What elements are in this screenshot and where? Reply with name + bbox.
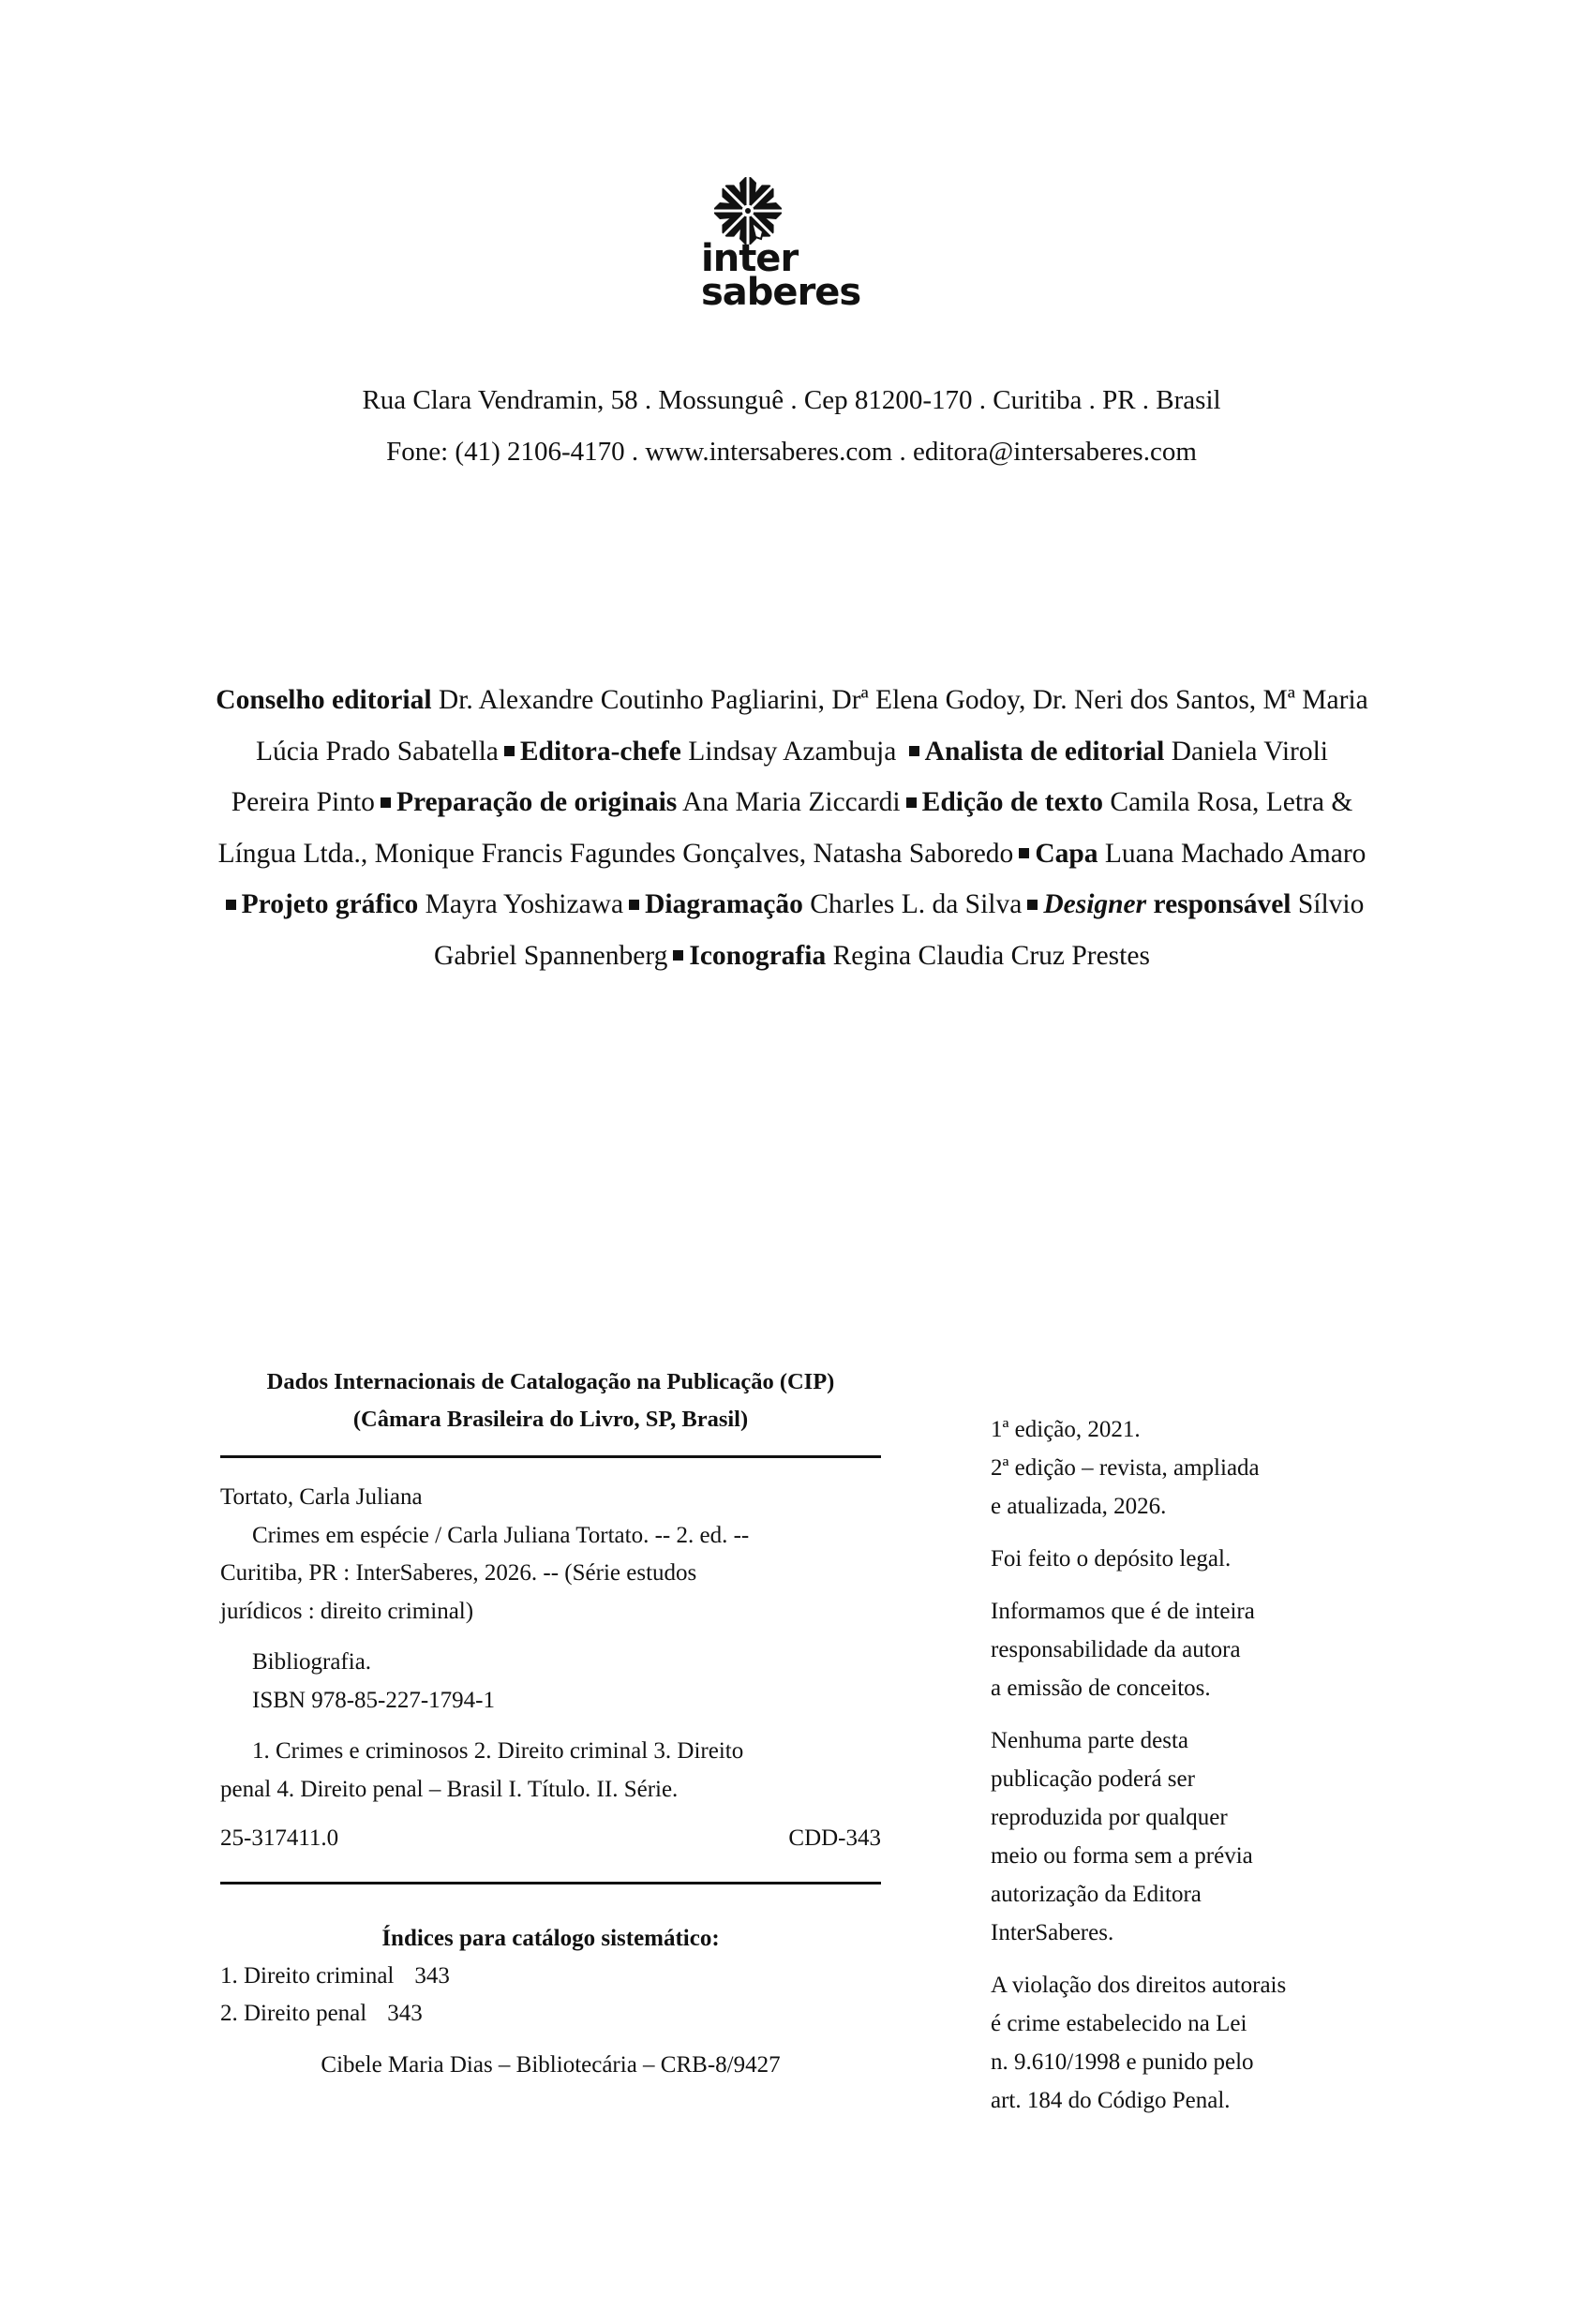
index-title: Índices para catálogo sistemático: — [220, 1920, 881, 1958]
bullet-square-icon — [673, 950, 683, 961]
note-line: meio ou forma sem a prévia — [991, 1843, 1253, 1869]
index-code: 343 — [414, 1963, 450, 1989]
cip-title: Dados Internacionais de Catalogação na P… — [220, 1363, 881, 1438]
credit-names: Lindsay Azambuja — [688, 737, 896, 767]
cip-subjects: 1. Crimes e criminosos 2. Direito crimin… — [220, 1733, 881, 1771]
index-item: 2. Direito penal343 — [220, 1995, 881, 2033]
note-line: A violação dos direitos autorais — [991, 1973, 1286, 1998]
note-line: é crime estabelecido na Lei — [991, 2011, 1247, 2036]
cip-isbn: ISBN 978-85-227-1794-1 — [220, 1682, 881, 1721]
edition-2: 2ª edição – revista, ampliada — [991, 1455, 1260, 1481]
credit-role: Capa — [1035, 839, 1098, 869]
note-line: autorização da Editora — [991, 1882, 1202, 1907]
editorial-credits: Conselho editorial Dr. Alexandre Coutinh… — [216, 675, 1368, 981]
cip-author: Tortato, Carla Juliana — [220, 1479, 881, 1517]
publisher-contact: Fone: (41) 2106-4170 . www.intersaberes.… — [0, 426, 1583, 478]
cip-title-entry: jurídicos : direito criminal) — [220, 1593, 881, 1631]
librarian-credit: Cibele Maria Dias – Bibliotecária – CRB-… — [220, 2047, 881, 2084]
publisher-address: Rua Clara Vendramin, 58 . Mossunguê . Ce… — [0, 375, 1583, 426]
legal-deposit: Foi feito o depósito legal. — [991, 1540, 1347, 1578]
rights-note: Nenhuma parte desta publicação poderá se… — [991, 1721, 1347, 1952]
edition-1: 1ª edição, 2021. — [991, 1417, 1141, 1442]
note-line: Nenhuma parte desta — [991, 1728, 1188, 1753]
index-code: 343 — [387, 2001, 423, 2026]
cip-cdd: CDD-343 — [788, 1820, 881, 1858]
note-line: InterSaberes. — [991, 1920, 1113, 1945]
credit-role: Editora-chefe — [520, 737, 681, 767]
copyright-law-note: A violação dos direitos autorais é crime… — [991, 1966, 1347, 2120]
bullet-square-icon — [1027, 900, 1038, 910]
bullet-square-icon — [504, 746, 515, 756]
edition-info: 1ª edição, 2021. 2ª edição – revista, am… — [991, 1410, 1347, 1526]
cip-bibliography: Bibliografia. — [220, 1644, 881, 1682]
credit-role: responsável — [1154, 889, 1292, 919]
publisher-address-block: Rua Clara Vendramin, 58 . Mossunguê . Ce… — [0, 375, 1583, 478]
publisher-logo: inter saberes — [694, 173, 881, 314]
credit-names: Ana Maria Ziccardi — [682, 787, 901, 817]
note-line: n. 9.610/1998 e punido pelo — [991, 2049, 1254, 2075]
index-item: 1. Direito criminal343 — [220, 1958, 881, 1996]
note-line: reproduzida por qualquer — [991, 1805, 1228, 1830]
bullet-square-icon — [629, 900, 639, 910]
index-list: 1. Direito criminal343 2. Direito penal3… — [220, 1958, 881, 2033]
credit-role-italic: Designer — [1043, 889, 1146, 919]
cip-title-line: Dados Internacionais de Catalogação na P… — [220, 1363, 881, 1401]
credit-role: Analista de editorial — [925, 737, 1165, 767]
logo-text-saberes: saberes — [701, 276, 860, 309]
edition-notes: 1ª edição, 2021. 2ª edição – revista, am… — [991, 1410, 1347, 2134]
cip-catalog-card: Dados Internacionais de Catalogação na P… — [220, 1363, 881, 2084]
index-label: 2. Direito penal — [220, 2001, 366, 2026]
credit-role: Diagramação — [645, 889, 803, 919]
responsibility-note: Informamos que é de inteira responsabili… — [991, 1592, 1347, 1707]
cip-title-line: (Câmara Brasileira do Livro, SP, Brasil) — [220, 1401, 881, 1438]
edition-2: e atualizada, 2026. — [991, 1494, 1166, 1519]
bullet-square-icon — [226, 900, 236, 910]
bullet-square-icon — [906, 797, 917, 808]
bullet-square-icon — [909, 746, 919, 756]
credit-role: Preparação de originais — [396, 787, 677, 817]
bullet-square-icon — [381, 797, 391, 808]
note-line: Informamos que é de inteira — [991, 1599, 1255, 1624]
credit-role: Projeto gráfico — [242, 889, 419, 919]
credit-names: Luana Machado Amaro — [1105, 839, 1366, 869]
cip-subjects: penal 4. Direito penal – Brasil I. Títul… — [220, 1771, 881, 1810]
credit-role: Edição de texto — [922, 787, 1103, 817]
cip-title-entry: Curitiba, PR : InterSaberes, 2026. -- (S… — [220, 1555, 881, 1593]
cip-title-entry: Crimes em espécie / Carla Juliana Tortat… — [220, 1517, 881, 1556]
credit-role: Iconografia — [689, 941, 826, 971]
divider — [220, 1882, 881, 1885]
note-line: art. 184 do Código Penal. — [991, 2088, 1231, 2113]
note-line: responsabilidade da autora — [991, 1637, 1241, 1662]
credit-names: Charles L. da Silva — [810, 889, 1022, 919]
credit-names: Mayra Yoshizawa — [426, 889, 623, 919]
note-line: a emissão de conceitos. — [991, 1676, 1211, 1701]
index-label: 1. Direito criminal — [220, 1963, 394, 1989]
note-line: publicação poderá ser — [991, 1766, 1195, 1792]
bullet-square-icon — [1019, 848, 1029, 858]
credit-names: Regina Claudia Cruz Prestes — [833, 941, 1150, 971]
cip-record-number: 25-317411.0 — [220, 1820, 338, 1858]
credit-role: Conselho editorial — [216, 685, 431, 715]
